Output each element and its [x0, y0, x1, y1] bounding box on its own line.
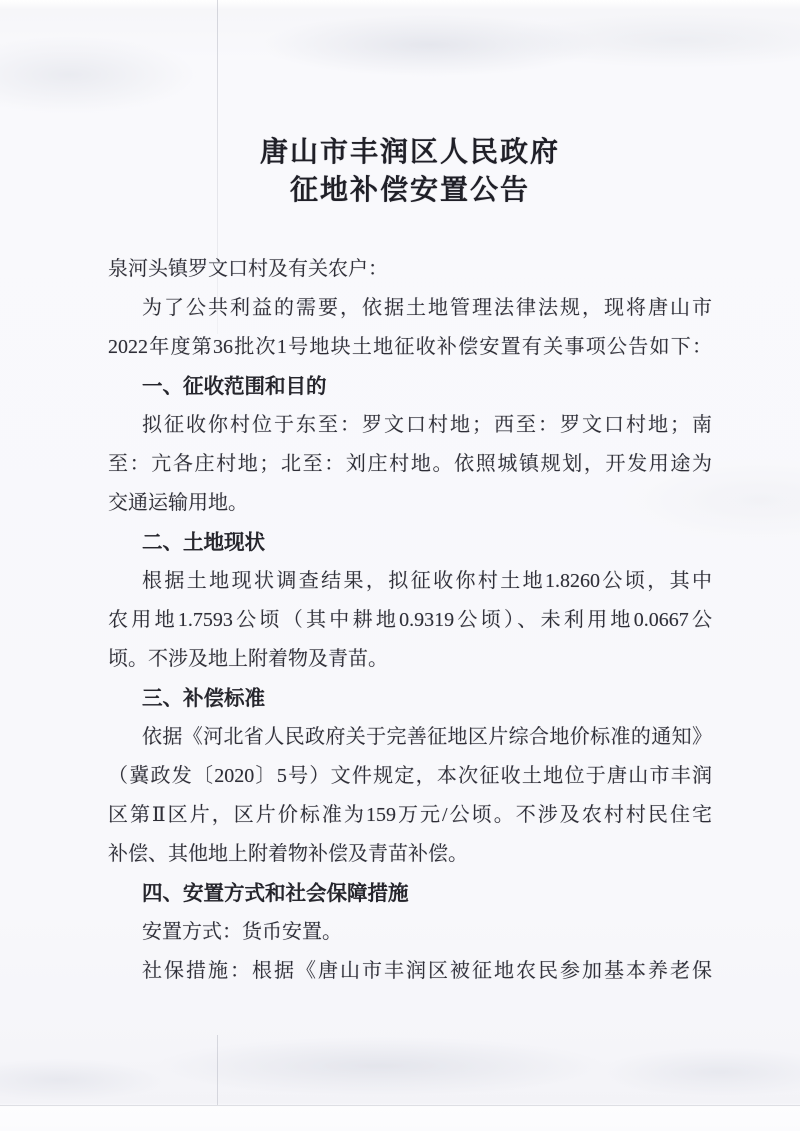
text-line: 泉河头镇罗文口村及有关农户： — [108, 250, 712, 289]
section-heading: 一、征收范围和目的 — [108, 367, 712, 406]
text-line: 2022年度第36批次1号地块土地征收补偿安置有关事项公告如下： — [108, 328, 712, 367]
scan-page-edge-line-bottom — [0, 1105, 800, 1106]
text-line: 社保措施：根据《唐山市丰润区被征地农民参加基本养老保 — [108, 952, 712, 991]
section-heading: 四、安置方式和社会保障措施 — [108, 874, 712, 913]
text-line: 补偿、其他地上附着物补偿及青苗补偿。 — [108, 835, 712, 874]
document-title: 唐山市丰润区人民政府 征地补偿安置公告 — [108, 134, 712, 210]
document-body: 泉河头镇罗文口村及有关农户：为了公共利益的需要，依据土地管理法律法规，现将唐山市… — [108, 250, 712, 991]
scan-fold-line-vertical-bottom — [217, 1035, 218, 1105]
text-line: 拟征收你村位于东至：罗文口村地；西至：罗文口村地；南 — [108, 406, 712, 445]
text-line: 至：亢各庄村地；北至：刘庄村地。依照城镇规划，开发用途为 — [108, 445, 712, 484]
document-title-line-2: 征地补偿安置公告 — [108, 172, 712, 210]
text-line: 为了公共利益的需要，依据土地管理法律法规，现将唐山市 — [108, 289, 712, 328]
section-heading: 二、土地现状 — [108, 523, 712, 562]
text-line: 交通运输用地。 — [108, 484, 712, 523]
text-line: 安置方式：货币安置。 — [108, 913, 712, 952]
text-line: 根据土地现状调查结果，拟征收你村土地1.8260公顷，其中 — [108, 562, 712, 601]
section-heading: 三、补偿标准 — [108, 679, 712, 718]
document-title-line-1: 唐山市丰润区人民政府 — [108, 134, 712, 172]
text-line: 农用地1.7593公顷（其中耕地0.9319公顷）、未利用地0.0667公 — [108, 601, 712, 640]
scanned-document-page: 唐山市丰润区人民政府 征地补偿安置公告 泉河头镇罗文口村及有关农户：为了公共利益… — [0, 0, 800, 1131]
text-line: 区第Ⅱ区片，区片价标准为159万元/公顷。不涉及农村村民住宅 — [108, 796, 712, 835]
text-line: （冀政发〔2020〕5号）文件规定，本次征收土地位于唐山市丰润 — [108, 757, 712, 796]
text-line: 依据《河北省人民政府关于完善征地区片综合地价标准的通知》 — [108, 718, 712, 757]
text-line: 顷。不涉及地上附着物及青苗。 — [108, 640, 712, 679]
